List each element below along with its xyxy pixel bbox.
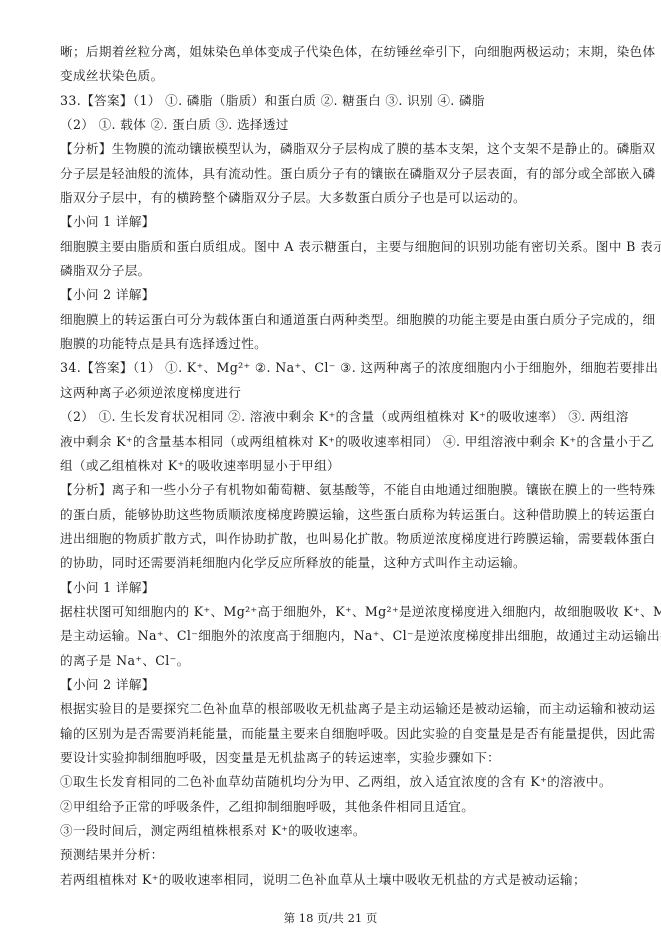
subquestion-2-heading: 【小问 2 详解】 [60, 283, 600, 307]
analysis-33: 【分析】生物膜的流动镶嵌模型认为，磷脂双分子层构成了膜的基本支架，这个支架不是静… [60, 137, 600, 161]
step-3: ③一段时间后，测定两组植株根系对 K⁺的吸收速率。 [60, 819, 600, 843]
answer-explanation-body: 晰；后期着丝粒分离，姐妹染色单体变成子代染色体，在纺锤丝牵引下，向细胞两极运动；… [60, 40, 600, 892]
prediction-heading: 预测结果并分析： [60, 843, 600, 867]
subquestion-2-heading: 【小问 2 详解】 [60, 673, 600, 697]
text-line: 是主动运输。Na⁺、Cl⁻细胞外的浓度高于细胞内，Na⁺、Cl⁻是逆浓度梯度排出… [60, 624, 600, 648]
step-2: ②甲组给予正常的呼吸条件，乙组抑制细胞呼吸，其他条件相同且适宜。 [60, 795, 600, 819]
text-line: 要设计实验抑制细胞呼吸，因变量是无机盐离子的转运速率，实验步骤如下： [60, 746, 600, 770]
text-line: 细胞膜上的转运蛋白可分为载体蛋白和通道蛋白两种类型。细胞膜的功能主要是由蛋白质分… [60, 308, 600, 332]
text-line: 若两组植株对 K⁺的吸收速率相同，说明二色补血草从土壤中吸收无机盐的方式是被动运… [60, 868, 600, 892]
text-line: 变成丝状染色质。 [60, 64, 600, 88]
subquestion-1-heading: 【小问 1 详解】 [60, 210, 600, 234]
text-line: 这两种离子必须逆浓度梯度进行 [60, 381, 600, 405]
answer-34-part-2: （2） ①. 生长发育状况相同 ②. 溶液中剩余 K⁺的含量（或两组植株对 K⁺… [60, 405, 600, 429]
text-line: 的协助，同时还需要消耗细胞内化学反应所释放的能量，这种方式叫作主动运输。 [60, 551, 600, 575]
text-line: 进出细胞的物质扩散方式，叫作协助扩散，也叫易化扩散。物质逆浓度梯度进行跨膜运输，… [60, 527, 600, 551]
text-line: 磷脂双分子层。 [60, 259, 600, 283]
text-line: 脂双分子层中，有的横跨整个磷脂双分子层。大多数蛋白质分子也是可以运动的。 [60, 186, 600, 210]
answer-34-heading: 34.【答案】（1） ①. K⁺、Mg²⁺ ②. Na⁺、Cl⁻ ③. 这两种离… [60, 356, 600, 380]
document-page: 晰；后期着丝粒分离，姐妹染色单体变成子代染色体，在纺锤丝牵引下，向细胞两极运动；… [0, 0, 661, 935]
text-line: 根据实验目的是要探究二色补血草的根部吸收无机盐离子是主动运输还是被动运输，而主动… [60, 697, 600, 721]
text-line: 胞膜的功能特点是具有选择透过性。 [60, 332, 600, 356]
step-1: ①取生长发育相同的二色补血草幼苗随机均分为甲、乙两组，放入适宜浓度的含有 K⁺的… [60, 770, 600, 794]
analysis-34: 【分析】离子和一些小分子有机物如葡萄糖、氨基酸等，不能自由地通过细胞膜。镶嵌在膜… [60, 478, 600, 502]
subquestion-1-heading: 【小问 1 详解】 [60, 576, 600, 600]
text-line: 组（或乙组植株对 K⁺的吸收速率明显小于甲组） [60, 454, 600, 478]
answer-33-part-2: （2） ①. 载体 ②. 蛋白质 ③. 选择透过 [60, 113, 600, 137]
text-line: 输的区别为是否需要消耗能量，而能量主要来自细胞呼吸。因此实验的自变量是是否有能量… [60, 722, 600, 746]
text-line: 的离子是 Na⁺、Cl⁻。 [60, 649, 600, 673]
text-line: 据柱状图可知细胞内的 K⁺、Mg²⁺高于细胞外，K⁺、Mg²⁺是逆浓度梯度进入细… [60, 600, 600, 624]
text-line: 液中剩余 K⁺的含量基本相同（或两组植株对 K⁺的吸收速率相同） ④. 甲组溶液… [60, 430, 600, 454]
answer-33-heading: 33.【答案】（1） ①. 磷脂（脂质）和蛋白质 ②. 糖蛋白 ③. 识别 ④.… [60, 89, 600, 113]
text-line: 的蛋白质，能够协助这些物质顺浓度梯度跨膜运输，这些蛋白质称为转运蛋白。这种借助膜… [60, 503, 600, 527]
page-number-footer: 第 18 页/共 21 页 [0, 910, 661, 926]
text-line: 晰；后期着丝粒分离，姐妹染色单体变成子代染色体，在纺锤丝牵引下，向细胞两极运动；… [60, 40, 600, 64]
text-line: 细胞膜主要由脂质和蛋白质组成。图中 A 表示糖蛋白，主要与细胞间的识别功能有密切… [60, 235, 600, 259]
text-line: 分子层是轻油般的流体，具有流动性。蛋白质分子有的镶嵌在磷脂双分子层表面，有的部分… [60, 162, 600, 186]
